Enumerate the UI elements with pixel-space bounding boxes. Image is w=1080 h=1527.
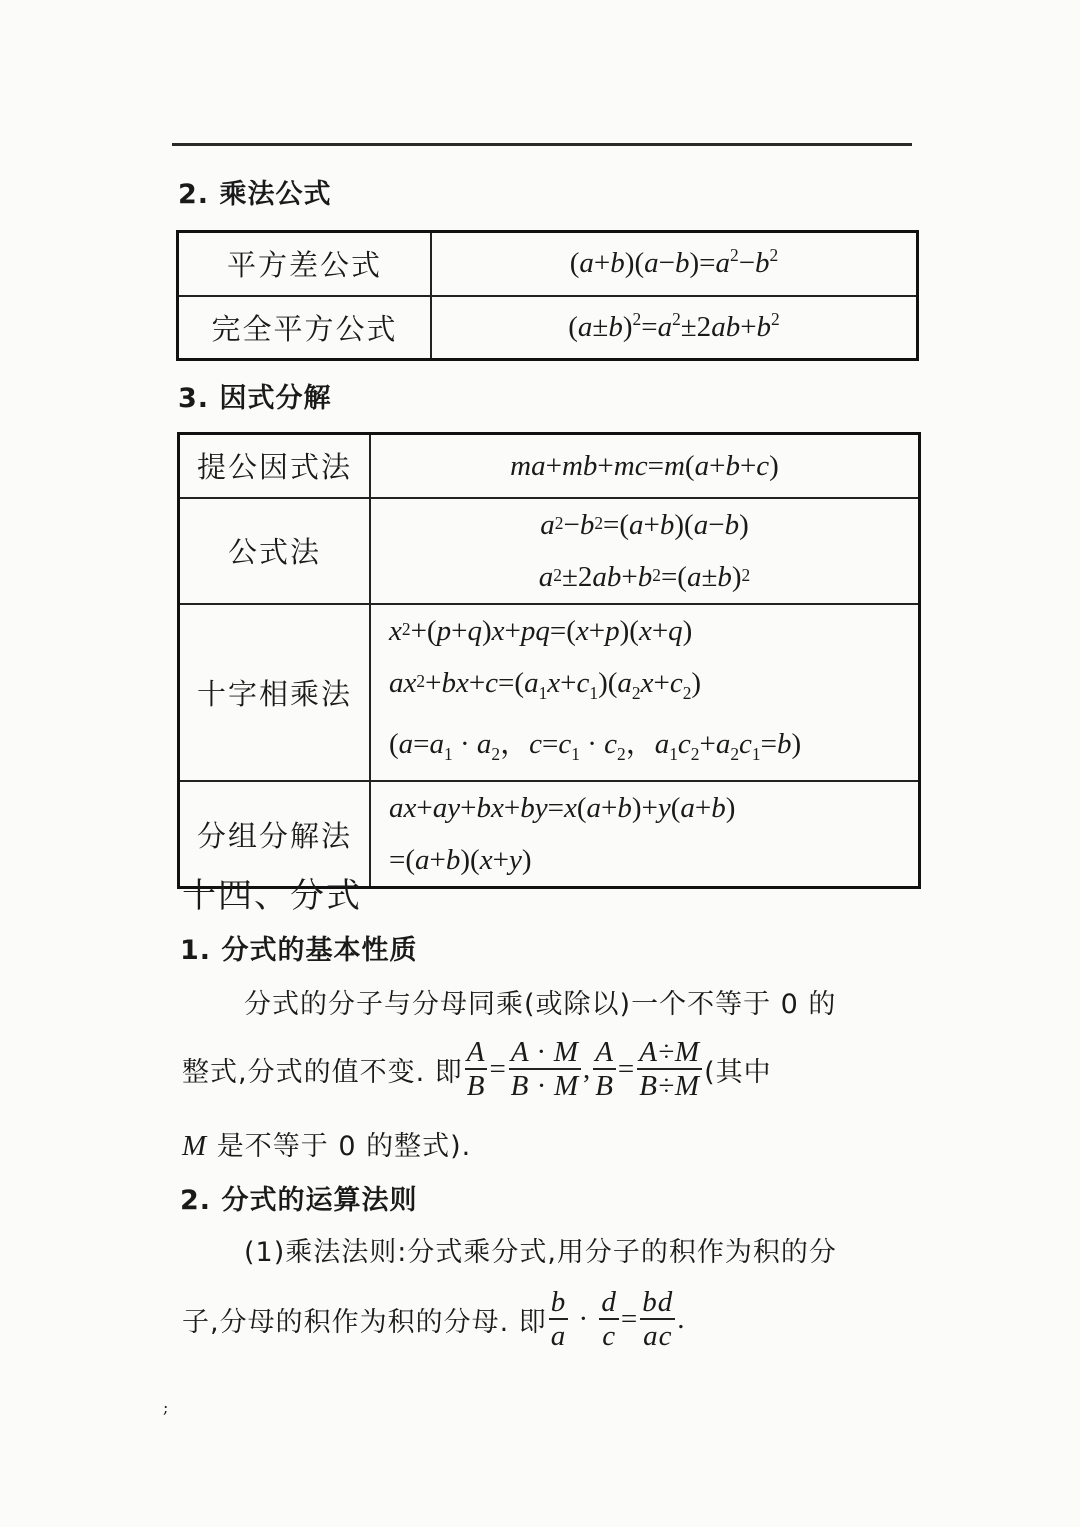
row-formula: ax+ay+bx+by=x(a+b)+y(a+b)=(a+b)(x+y) xyxy=(370,781,920,888)
row-label: 公式法 xyxy=(179,498,371,604)
paragraph-line-with-fractions: 子,分母的积作为积的分母. 即 ba · dc = bdac . xyxy=(182,1286,686,1352)
table-row: 十字相乘法 x2+(p+q)x+pq=(x+p)(x+q)ax2+bx+c=(a… xyxy=(179,604,920,782)
formula-line: x2+(p+q)x+pq=(x+p)(x+q) xyxy=(371,605,918,657)
row-label: 平方差公式 xyxy=(178,232,432,296)
stray-mark: ; xyxy=(163,1398,168,1417)
table-row: 公式法 a2−b2=(a+b)(a−b)a2±2ab+b2=(a±b)2 xyxy=(179,498,920,604)
row-formula: (a±b)2=a2±2ab+b2 xyxy=(431,296,918,360)
table-row: 提公因式法 ma+mb+mc=m(a+b+c) xyxy=(179,434,920,498)
formula-line: a2−b2=(a+b)(a−b) xyxy=(371,499,918,551)
fraction: AB xyxy=(593,1036,616,1102)
paragraph-text: 子,分母的积作为积的分母. 即 xyxy=(182,1300,547,1339)
table-row: 完全平方公式 (a±b)2=a2±2ab+b2 xyxy=(178,296,918,360)
fraction: A · MB · M xyxy=(509,1036,581,1102)
multiplication-formula-table: 平方差公式 (a+b)(a−b)=a2−b2 完全平方公式 (a±b)2=a2±… xyxy=(176,230,919,361)
paragraph-line-with-fractions: 整式,分式的值不变. 即 AB = A · MB · M , AB = A÷MB… xyxy=(182,1036,772,1102)
equals-sign: = xyxy=(621,1303,638,1336)
comma: , xyxy=(583,1053,591,1086)
dot-operator: · xyxy=(570,1303,597,1336)
table-row: 平方差公式 (a+b)(a−b)=a2−b2 xyxy=(178,232,918,296)
row-label: 十字相乘法 xyxy=(179,604,371,782)
fraction: ba xyxy=(549,1286,569,1352)
fraction: bdac xyxy=(640,1286,675,1352)
section-title-multiplication: 2. 乘法公式 xyxy=(178,172,331,211)
paragraph-line: 分式的分子与分母同乘(或除以)一个不等于 0 的 xyxy=(244,982,836,1021)
row-formula: a2−b2=(a+b)(a−b)a2±2ab+b2=(a±b)2 xyxy=(370,498,920,604)
fraction: A÷MB÷M xyxy=(637,1036,702,1102)
paragraph-text: (其中 xyxy=(704,1050,772,1089)
paragraph-line: M 是不等于 0 的整式). xyxy=(182,1124,471,1163)
row-formula: ma+mb+mc=m(a+b+c) xyxy=(370,434,920,498)
top-rule xyxy=(172,143,912,146)
variable: M xyxy=(182,1130,207,1162)
formula-line: a2±2ab+b2=(a±b)2 xyxy=(371,551,918,603)
section-title-factoring: 3. 因式分解 xyxy=(178,376,331,415)
equals-sign: = xyxy=(618,1053,635,1086)
formula-line: ax2+bx+c=(a1x+c1)(a2x+c2) xyxy=(371,657,918,719)
chapter-title: 十四、分式 xyxy=(182,868,362,917)
row-formula: x2+(p+q)x+pq=(x+p)(x+q)ax2+bx+c=(a1x+c1)… xyxy=(370,604,920,782)
formula-line: ma+mb+mc=m(a+b+c) xyxy=(371,440,918,492)
factoring-table: 提公因式法 ma+mb+mc=m(a+b+c) 公式法 a2−b2=(a+b)(… xyxy=(177,432,921,889)
section-title-operations: 2. 分式的运算法则 xyxy=(180,1178,417,1217)
equals-sign: = xyxy=(489,1053,506,1086)
row-formula: (a+b)(a−b)=a2−b2 xyxy=(431,232,918,296)
fraction: AB xyxy=(465,1036,488,1102)
period: . xyxy=(677,1303,685,1336)
paragraph-text: 整式,分式的值不变. 即 xyxy=(182,1050,463,1089)
paragraph-text: 是不等于 0 的整式). xyxy=(207,1131,471,1162)
row-label: 提公因式法 xyxy=(179,434,371,498)
paragraph-line: (1)乘法法则:分式乘分式,用分子的积作为积的分 xyxy=(244,1230,837,1269)
fraction: dc xyxy=(599,1286,619,1352)
formula-line: =(a+b)(x+y) xyxy=(371,834,918,886)
formula-line: ax+ay+bx+by=x(a+b)+y(a+b) xyxy=(371,782,918,834)
formula-line: (a=a1 · a2，c=c1 · c2，a1c2+a2c1=b) xyxy=(371,718,918,780)
section-title-basic-property: 1. 分式的基本性质 xyxy=(180,928,417,967)
row-label: 完全平方公式 xyxy=(178,296,432,360)
